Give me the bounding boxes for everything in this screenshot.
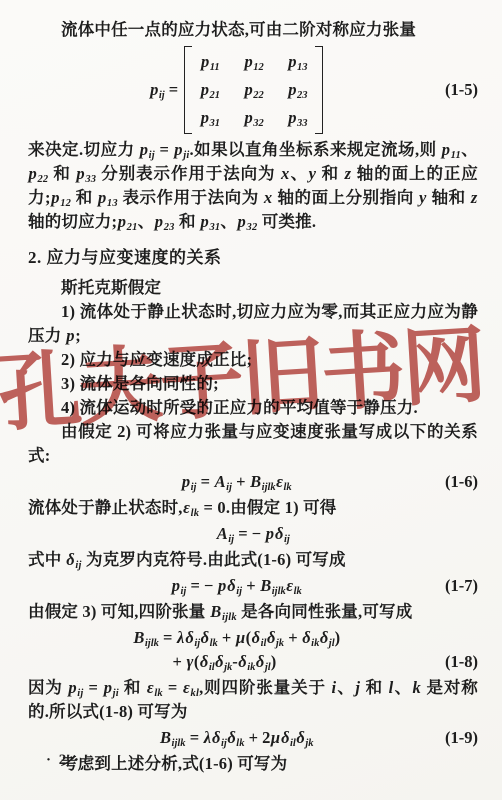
equation-1-6: pij = Aij + Bijlkεlk (1-6)	[28, 470, 478, 494]
equation-1-5-body: pij = p11p12p13p21p22p23p31p32p33	[28, 46, 445, 134]
equation-1-7-body: pij = − pδij + Bijlkεlk	[28, 574, 445, 598]
paragraph-tensor-explanation: 来决定.切应力 pij = pji.如果以直角坐标系来规定流场,则 p11、p2…	[28, 138, 478, 234]
equation-1-8-body: Bijlk = λδijδlk + μ(δilδjk + δikδjl) + γ…	[28, 626, 445, 674]
equation-1-8-line2: + γ(δilδjk-δikδjl)	[133, 650, 340, 674]
equation-label-1-7: (1-7)	[445, 574, 478, 598]
equation-1-6-expr: pij = Aij + Bijlkεlk	[181, 470, 291, 494]
equation-1-7: pij = − pδij + Bijlkεlk (1-7)	[28, 574, 478, 598]
equation-1-9: Bijlk = λδijδlk + 2μδilδjk (1-9)	[28, 726, 478, 750]
equation-1-9-body: Bijlk = λδijδlk + 2μδilδjk	[28, 726, 445, 750]
paragraph-stokes: 斯托克斯假定	[28, 276, 478, 300]
equation-1-6-body: pij = Aij + Bijlkεlk	[28, 470, 445, 494]
paragraph-closing: 考虑到上述分析,式(1-6) 可写为	[28, 752, 478, 776]
list-item-2: 2) 应力与应变速度成正比;	[28, 348, 478, 372]
book-page: 流体中任一点的应力状态,可由二阶对称应力张量 pij = p11p12p13p2…	[0, 0, 502, 800]
equation-1-8: Bijlk = λδijδlk + μ(δilδjk + δikδjl) + γ…	[28, 626, 478, 674]
paragraph-intro: 流体中任一点的应力状态,可由二阶对称应力张量	[28, 18, 478, 42]
equation-1-8-lines: Bijlk = λδijδlk + μ(δilδjk + δikδjl) + γ…	[133, 626, 340, 674]
equation-aij-expr: Aij = − pδij	[216, 522, 290, 546]
page-content: 流体中任一点的应力状态,可由二阶对称应力张量 pij = p11p12p13p2…	[0, 0, 502, 776]
equation-1-9-expr: Bijlk = λδijδlk + 2μδilδjk	[160, 726, 314, 750]
matrix-grid: p11p12p13p21p22p23p31p32p33	[192, 46, 315, 134]
paragraph-kronecker: 式中 δij 为克罗内克符号.由此式(1-6) 可写成	[28, 548, 478, 572]
paragraph-static-state: 流体处于静止状态时,εlk = 0.由假定 1) 可得	[28, 496, 478, 520]
list-item-4: 4) 流体运动时所受的正应力的平均值等于静压力.	[28, 396, 478, 420]
matrix-bracket-right	[315, 46, 323, 134]
equation-label-1-9: (1-9)	[445, 726, 478, 750]
paragraph-symmetry: 因为 pij = pji 和 εlk = εkl,则四阶张量关于 i、j 和 l…	[28, 676, 478, 724]
stress-tensor-matrix: p11p12p13p21p22p23p31p32p33	[184, 46, 323, 134]
paragraph-derive: 由假定 2) 可将应力张量与应变速度张量写成以下的关系式:	[28, 420, 478, 468]
equation-1-8-line1: Bijlk = λδijδlk + μ(δilδjk + δikδjl)	[133, 626, 340, 650]
equation-1-5: pij = p11p12p13p21p22p23p31p32p33 (1-5)	[28, 46, 478, 134]
matrix-bracket-left	[184, 46, 192, 134]
list-item-3: 3) 流体是各向同性的;	[28, 372, 478, 396]
page-number: · 2 ·	[46, 752, 81, 769]
equation-aij-body: Aij = − pδij	[28, 522, 478, 546]
equation-1-5-lhs: pij =	[150, 78, 179, 102]
equation-label-1-6: (1-6)	[445, 470, 478, 494]
equation-label-1-8: (1-8)	[445, 650, 478, 674]
section-heading: 2. 应力与应变速度的关系	[28, 246, 478, 270]
equation-1-7-expr: pij = − pδij + Bijlkεlk	[171, 574, 301, 598]
equation-label-1-5: (1-5)	[445, 78, 478, 102]
paragraph-isotropic: 由假定 3) 可知,四阶张量 Bijlk 是各向同性张量,可写成	[28, 600, 478, 624]
list-item-1: 1) 流体处于静止状态时,切应力应为零,而其正应力应为静压力 p;	[28, 300, 478, 348]
equation-aij: Aij = − pδij	[28, 522, 478, 546]
